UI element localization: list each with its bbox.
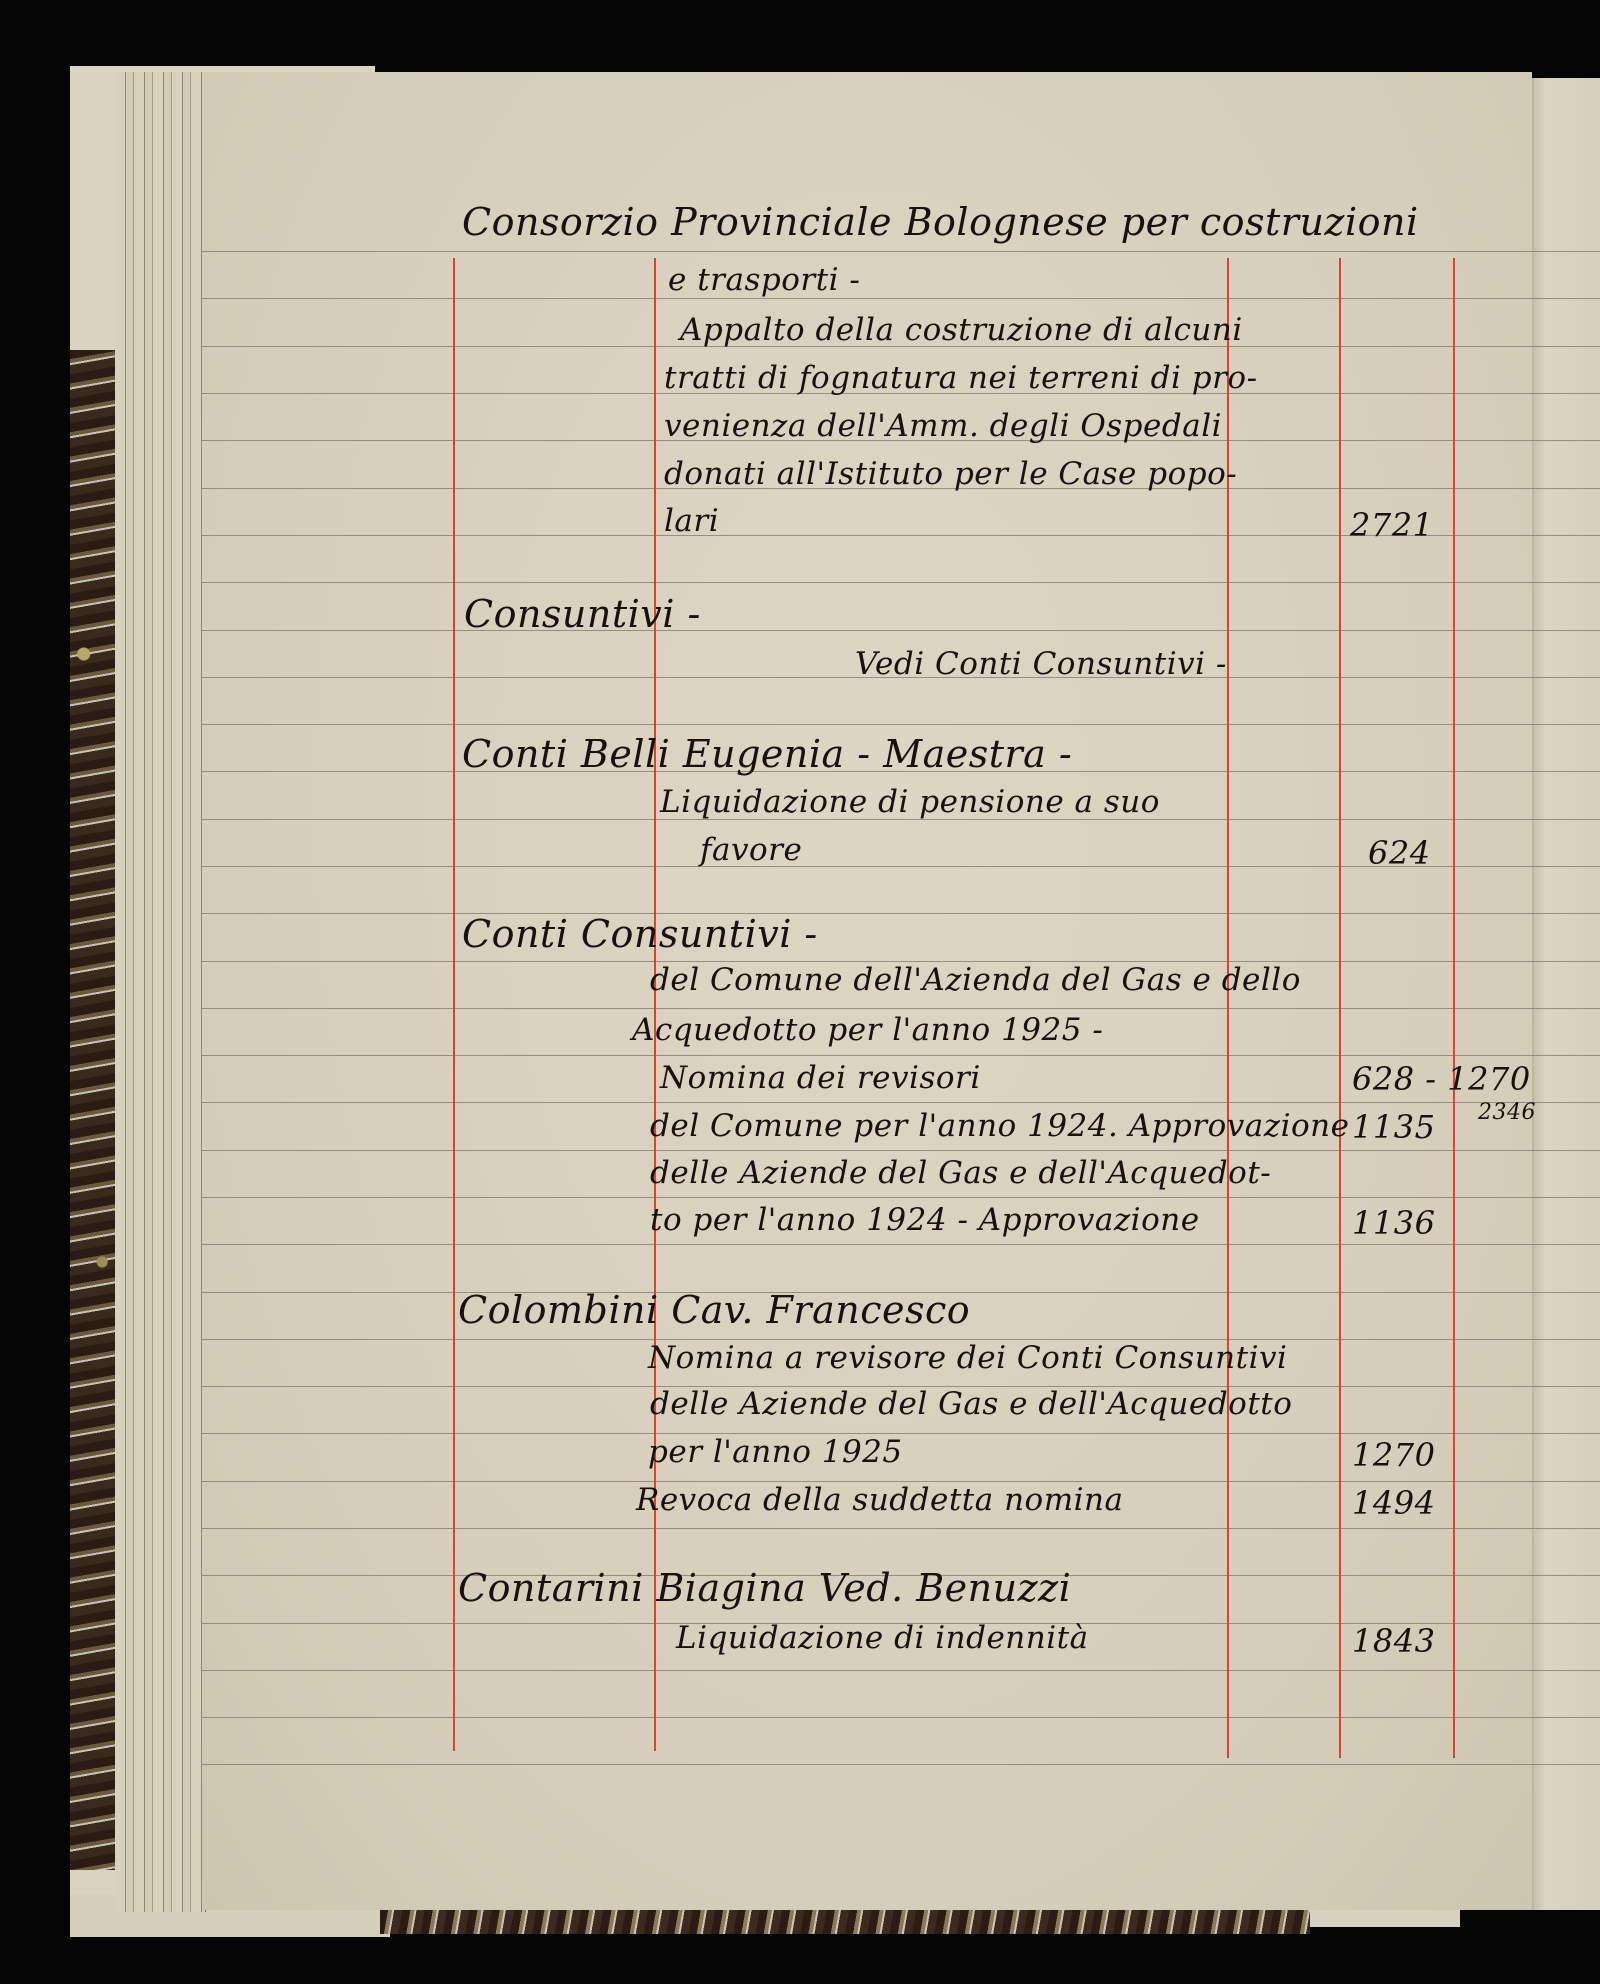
entry-line: del Comune dell'Azienda del Gas e dello [650, 962, 1301, 998]
entry-line: per l'anno 1925 [648, 1434, 903, 1470]
entry-reference: 624 [1368, 834, 1431, 872]
entry-line: delle Aziende del Gas e dell'Acquedot- [650, 1155, 1271, 1191]
marbled-cover-edge [70, 350, 116, 1870]
entry-line: Nomina dei revisori [660, 1060, 981, 1096]
entry-line: Liquidazione di indennità [676, 1620, 1089, 1656]
entry-line: lari [664, 503, 719, 539]
entry-heading: Conti Consuntivi - [462, 912, 818, 956]
entry-heading: Consorzio Provinciale Bolognese per cost… [462, 200, 1419, 244]
entry-line: venienza dell'Amm. degli Ospedali [664, 408, 1222, 444]
entry-line: delle Aziende del Gas e dell'Acquedotto [650, 1386, 1292, 1422]
entry-reference: 628 - 1270 [1352, 1060, 1531, 1098]
entry-line: Acquedotto per l'anno 1925 - [632, 1012, 1103, 1048]
entry-line: favore [700, 832, 802, 868]
entry-reference-sum: 2346 [1478, 1100, 1536, 1125]
entry-heading: Consuntivi - [464, 592, 701, 636]
entry-line: e trasporti - [668, 262, 860, 298]
entry-reference: 1494 [1352, 1484, 1435, 1522]
entry-reference: 1270 [1352, 1436, 1435, 1474]
entry-reference: 1843 [1352, 1622, 1435, 1660]
entry-reference: 2721 [1350, 506, 1433, 544]
entry-heading: Colombini Cav. Francesco [458, 1288, 970, 1332]
entry-line: Revoca della suddetta nomina [636, 1482, 1123, 1518]
entry-reference: 1136 [1352, 1204, 1435, 1242]
facing-page-edge [1532, 78, 1600, 1910]
entry-heading: Conti Belli Eugenia - Maestra - [462, 732, 1072, 776]
entry-line: del Comune per l'anno 1924. Approvazione [650, 1108, 1349, 1144]
entry-reference: 1135 [1352, 1108, 1435, 1146]
entry-heading: Contarini Biagina Ved. Benuzzi [458, 1566, 1071, 1610]
entry-line: tratti di fognatura nei terreni di pro- [664, 360, 1258, 396]
entry-line: Liquidazione di pensione a suo [660, 784, 1160, 820]
entry-line: to per l'anno 1924 - Approvazione [650, 1202, 1200, 1238]
entry-line: donati all'Istituto per le Case popo- [664, 456, 1237, 492]
marbled-cover-bottom [380, 1910, 1310, 1934]
entry-line: Nomina a revisore dei Conti Consuntivi [648, 1340, 1287, 1376]
entry-line: Vedi Conti Consuntivi - [855, 646, 1227, 682]
page-stack-edges [115, 72, 206, 1912]
entry-line: Appalto della costruzione di alcuni [680, 312, 1243, 348]
